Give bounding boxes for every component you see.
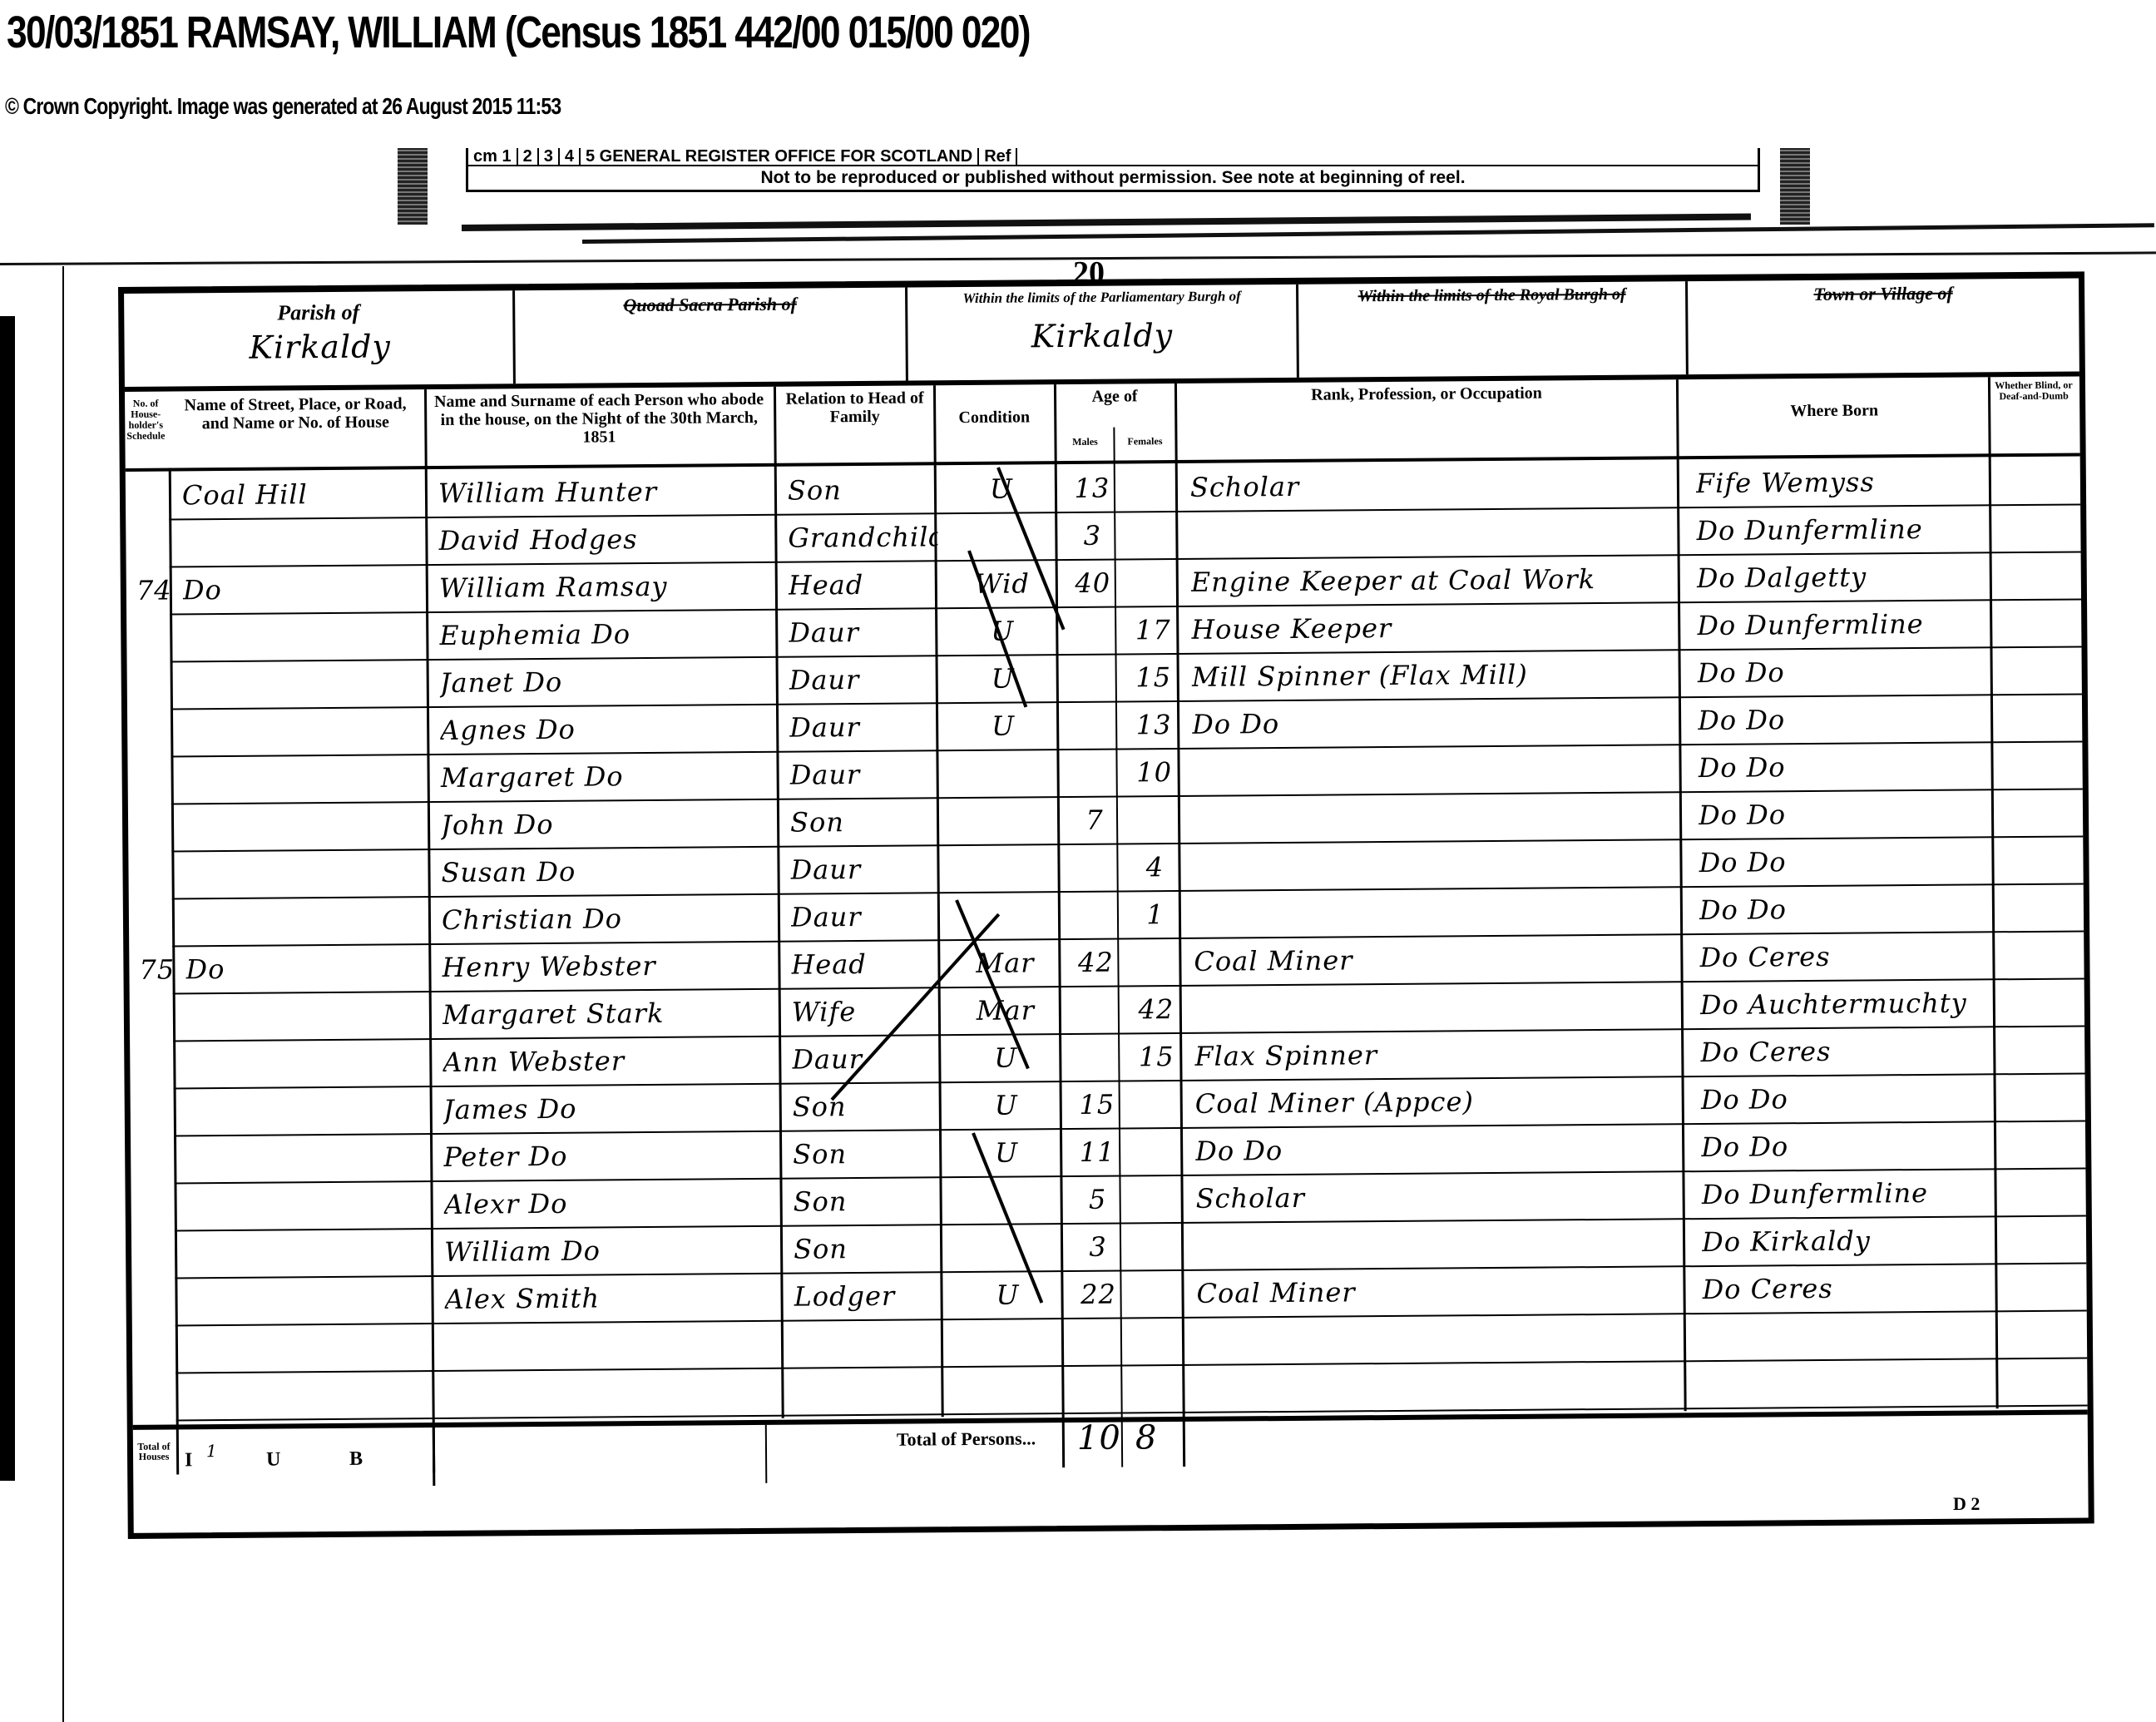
cell-female-age	[1125, 519, 1179, 520]
divider	[433, 1428, 436, 1486]
cell-male-age: 11	[1071, 1136, 1124, 1169]
cell-name: Margaret Do	[440, 760, 781, 794]
inhabited-value: 1	[206, 1441, 218, 1461]
cell-female-age	[1130, 1136, 1184, 1136]
cell-born: Do Do	[1699, 892, 1995, 926]
cell-born: Do Do	[1698, 655, 1993, 689]
cell-street	[185, 762, 426, 764]
reproduction-notice: Not to be reproduced or published withou…	[468, 168, 1758, 188]
cell-occupation: Scholar	[1190, 468, 1681, 503]
cell-born: Do Ceres	[1699, 939, 1995, 973]
cell-male-age	[1070, 1042, 1123, 1042]
cell-name: William Hunter	[438, 475, 779, 509]
cell-female-age	[1131, 1230, 1184, 1231]
col-name: Name and Surname of each Person who abod…	[428, 390, 770, 448]
cell-schedule: 75	[139, 953, 179, 985]
cell-condition: U	[949, 662, 1057, 695]
cell-condition: U	[952, 1089, 1061, 1121]
uninhabited-label: U	[266, 1449, 281, 1472]
col-street: Name of Street, Place, or Road, and Name…	[171, 394, 420, 433]
cell-relation: Son	[794, 1232, 943, 1264]
cell-occupation: Engine Keeper at Coal Work	[1191, 562, 1682, 598]
total-houses-label: Total of Houses	[135, 1442, 173, 1462]
ruler-mark: 5 GENERAL REGISTER OFFICE FOR SCOTLAND	[581, 148, 979, 165]
cell-occupation: Coal Miner (Appce)	[1195, 1084, 1686, 1120]
cell-born: Do Do	[1699, 844, 1994, 878]
parish-label: Parish of	[124, 299, 512, 327]
cell-female-age: 4	[1128, 851, 1181, 883]
cell-occupation: Scholar	[1195, 1179, 1686, 1215]
cell-name: Susan Do	[441, 854, 782, 888]
cell-occupation	[1192, 752, 1683, 756]
cell-born: Do Ceres	[1702, 1271, 1997, 1305]
cell-female-age: 15	[1130, 1041, 1183, 1073]
ruler-mark: 3	[539, 148, 560, 165]
cell-born	[1703, 1319, 1998, 1321]
cell-born: Do Dunfermline	[1697, 607, 1992, 641]
cell-born: Do Do	[1698, 702, 1993, 736]
cell-female-age: 17	[1126, 614, 1179, 646]
cell-street	[183, 620, 424, 621]
total-males: 10	[1077, 1419, 1121, 1457]
cell-female-age	[1128, 804, 1181, 804]
reel-ruler: cm 12345 GENERAL REGISTER OFFICE FOR SCO…	[466, 148, 1760, 192]
inhabited-label: I	[185, 1449, 193, 1472]
cell-condition	[954, 1373, 1062, 1374]
total-females: 8	[1135, 1418, 1158, 1457]
col-occupation: Rank, Profession, or Occupation	[1177, 383, 1676, 405]
cell-condition	[953, 1231, 1061, 1232]
cell-street	[187, 1094, 428, 1096]
cell-relation	[794, 1327, 944, 1328]
cell-occupation: Flax Spinner	[1194, 1037, 1685, 1072]
cell-street	[184, 715, 425, 716]
cell-male-age	[1072, 1373, 1125, 1374]
cell-street	[187, 1141, 428, 1143]
cell-occupation	[1196, 1226, 1687, 1230]
ruler-mark: 4	[560, 148, 581, 165]
cell-occupation	[1197, 1368, 1688, 1373]
cell-occupation	[1194, 989, 1685, 993]
total-persons-label: Total of Persons...	[897, 1428, 1036, 1450]
divider	[424, 389, 435, 1472]
record-title: 30/03/1851 RAMSAY, WILLIAM (Census 1851 …	[7, 7, 1030, 58]
col-relation: Relation to Head of Family	[778, 388, 932, 426]
cell-female-age	[1131, 1278, 1184, 1279]
cell-street	[185, 857, 426, 859]
town-village-label: Town or Village of	[1688, 281, 2079, 306]
cell-born: Do Dunfermline	[1696, 512, 1991, 547]
quoad-sacra-cell: Quoad Sacra Parish of	[515, 288, 908, 384]
reel-edge-right	[1780, 148, 1810, 225]
cell-relation: Daur	[791, 900, 941, 933]
cell-relation: Daur	[790, 853, 940, 885]
cell-name	[445, 1376, 786, 1378]
cell-born	[1703, 1366, 1998, 1368]
col-schedule: No. of House-holder's Schedule	[125, 398, 166, 442]
cell-relation: Son	[790, 805, 940, 838]
cell-male-age: 15	[1071, 1089, 1124, 1121]
cell-name: William Do	[444, 1234, 785, 1268]
col-where-born: Where Born	[1680, 400, 1988, 421]
cell-condition	[950, 804, 1058, 805]
cell-relation: Son	[788, 473, 937, 506]
cell-name: Alex Smith	[444, 1281, 785, 1315]
cell-born: Do Ceres	[1700, 1034, 1995, 1068]
divider	[765, 1425, 768, 1483]
census-sheet: Parish of Kirkaldy Quoad Sacra Parish of…	[118, 271, 2094, 1539]
cell-male-age	[1070, 994, 1123, 995]
cell-street	[185, 904, 427, 906]
row-rule	[176, 1357, 2087, 1373]
cell-born: Do Auchtermuchty	[1700, 987, 1995, 1021]
cell-condition	[949, 757, 1057, 758]
cell-condition: U	[953, 1279, 1061, 1311]
cell-relation: Daur	[789, 616, 938, 648]
parliamentary-burgh-label: Within the limits of the Parliamentary B…	[907, 288, 1296, 308]
cell-condition: U	[949, 710, 1057, 742]
cell-street	[188, 1189, 429, 1190]
cell-male-age: 3	[1066, 520, 1119, 552]
cell-condition	[954, 1326, 1062, 1327]
cell-female-age: 42	[1130, 993, 1183, 1026]
cell-occupation	[1194, 894, 1684, 898]
cell-occupation: House Keeper	[1191, 610, 1682, 646]
cell-born: Do Do	[1698, 750, 1993, 784]
ruler-mark: 2	[518, 148, 539, 165]
building-label: B	[349, 1448, 363, 1471]
reel-edge-left	[398, 148, 428, 225]
cell-name: Alexr Do	[444, 1186, 785, 1220]
cell-occupation: Mill Spinner (Flax Mill)	[1192, 657, 1683, 693]
cell-name: John Do	[441, 807, 782, 841]
cell-street	[186, 999, 428, 1001]
cell-male-age: 5	[1071, 1184, 1125, 1216]
cell-name: Henry Webster	[442, 949, 783, 983]
cell-female-age	[1132, 1325, 1185, 1326]
cell-name: Janet Do	[440, 665, 781, 699]
cell-male-age	[1069, 899, 1122, 900]
cell-male-age: 42	[1069, 947, 1122, 979]
quoad-sacra-label: Quoad Sacra Parish of	[515, 293, 905, 318]
cell-street: Do	[183, 572, 424, 606]
cell-born: Do Kirkaldy	[1702, 1224, 1997, 1258]
cell-female-age	[1129, 946, 1182, 947]
ruler-mark: Ref	[979, 148, 1017, 165]
cell-street	[189, 1378, 430, 1380]
divider	[1676, 379, 1687, 1411]
cell-schedule: 74	[136, 574, 176, 606]
cell-occupation	[1193, 847, 1684, 851]
cell-male-age: 7	[1068, 804, 1121, 837]
cell-female-age	[1130, 1183, 1184, 1184]
cell-born: Fife Wemyss	[1696, 465, 1991, 499]
cell-condition	[951, 899, 1059, 900]
col-blind: Whether Blind, or Deaf-and-Dumb	[1992, 380, 2075, 403]
cell-occupation: Do Do	[1195, 1131, 1686, 1167]
cell-male-age	[1067, 662, 1120, 663]
cell-condition: U	[952, 1042, 1060, 1074]
cell-born: Do Dunfermline	[1701, 1176, 1996, 1210]
cell-name: Agnes Do	[440, 712, 781, 746]
cell-street: Do	[185, 952, 427, 985]
cell-occupation	[1190, 515, 1681, 519]
cell-name: Christian Do	[442, 902, 783, 936]
cell-male-age	[1072, 1326, 1125, 1327]
cell-relation: Son	[793, 1090, 942, 1122]
cell-street	[185, 809, 426, 811]
parish-cell: Parish of Kirkaldy	[124, 290, 516, 387]
cell-street	[186, 1047, 428, 1048]
cell-relation	[794, 1374, 944, 1375]
cell-female-age	[1126, 567, 1179, 567]
cell-relation: Daur	[789, 663, 939, 695]
cell-male-age	[1068, 852, 1121, 853]
cell-relation: Son	[794, 1185, 943, 1217]
cell-name: James Do	[443, 1091, 784, 1126]
cell-name: David Hodges	[438, 522, 779, 557]
page-gutter	[62, 266, 64, 1722]
cell-street	[184, 667, 425, 669]
cell-relation: Head	[789, 568, 938, 601]
cell-street	[188, 1236, 429, 1238]
cell-male-age: 3	[1071, 1231, 1125, 1264]
cell-male-age: 40	[1066, 567, 1120, 600]
cell-relation: Daur	[789, 758, 939, 790]
cell-relation: Grandchild	[788, 521, 937, 553]
cell-occupation: Coal Miner	[1194, 942, 1684, 977]
cell-born: Do Do	[1701, 1129, 1996, 1163]
parliamentary-burgh-value: Kirkaldy	[907, 316, 1296, 356]
cell-street	[188, 1284, 429, 1285]
col-age: Age of	[1056, 387, 1173, 406]
cell-condition: U	[952, 1136, 1061, 1169]
town-village-cell: Town or Village of	[1688, 278, 2079, 374]
cell-born: Do Do	[1701, 1081, 1996, 1116]
cell-female-age: 10	[1127, 756, 1180, 789]
cell-condition	[950, 852, 1058, 853]
ruler-scale: cm 12345 GENERAL REGISTER OFFICE FOR SCO…	[468, 148, 1758, 166]
copyright-notice: © Crown Copyright. Image was generated a…	[5, 93, 561, 120]
cell-occupation: Do Do	[1192, 705, 1683, 740]
cell-name	[445, 1329, 786, 1331]
royal-burgh-cell: Within the limits of the Royal Burgh of	[1298, 281, 1689, 378]
cell-female-age: 13	[1127, 709, 1180, 741]
cell-female-age	[1125, 472, 1179, 473]
cell-born: Do Dalgetty	[1697, 560, 1992, 594]
cell-street	[189, 1331, 430, 1333]
adjacent-page-border	[0, 316, 15, 1481]
col-condition: Condition	[936, 408, 1052, 427]
cell-female-age	[1130, 1088, 1184, 1089]
sheet-mark: D 2	[1953, 1493, 1980, 1515]
cell-condition	[947, 520, 1056, 521]
cell-female-age: 15	[1127, 661, 1180, 694]
cell-occupation: Coal Miner	[1196, 1274, 1687, 1309]
cell-name: Margaret Stark	[443, 997, 784, 1031]
parish-value: Kirkaldy	[249, 327, 512, 365]
cell-occupation	[1197, 1321, 1688, 1325]
district-header: Parish of Kirkaldy Quoad Sacra Parish of…	[124, 278, 2079, 391]
parliamentary-burgh-cell: Within the limits of the Parliamentary B…	[907, 285, 1299, 381]
cell-relation: Lodger	[794, 1279, 943, 1312]
ruler-mark: cm 1	[468, 148, 518, 165]
column-header-row: No. of House-holder's Schedule Name of S…	[125, 376, 2080, 471]
cell-name: William Ramsay	[439, 570, 780, 604]
cell-male-age	[1066, 615, 1120, 616]
cell-female-age: 1	[1129, 898, 1182, 931]
col-age-females: Females	[1116, 432, 1173, 451]
cell-male-age	[1067, 710, 1120, 710]
cell-relation: Son	[793, 1137, 942, 1170]
cell-born: Do Do	[1699, 797, 1994, 831]
cell-name: Ann Webster	[443, 1044, 784, 1078]
cell-condition	[953, 1184, 1061, 1185]
cell-male-age: 22	[1071, 1279, 1125, 1311]
cell-relation: Daur	[789, 710, 939, 743]
cell-name: Peter Do	[443, 1139, 784, 1173]
cell-male-age: 13	[1066, 473, 1119, 505]
col-age-males: Males	[1056, 433, 1113, 452]
cell-name: Euphemia Do	[439, 617, 780, 651]
royal-burgh-label: Within the limits of the Royal Burgh of	[1298, 285, 1685, 307]
cell-relation: Head	[791, 948, 941, 980]
cell-occupation	[1193, 799, 1684, 804]
cell-street	[182, 525, 423, 527]
cell-female-age	[1132, 1373, 1185, 1373]
cell-street: Coal Hill	[182, 478, 423, 511]
cell-male-age	[1067, 757, 1120, 758]
